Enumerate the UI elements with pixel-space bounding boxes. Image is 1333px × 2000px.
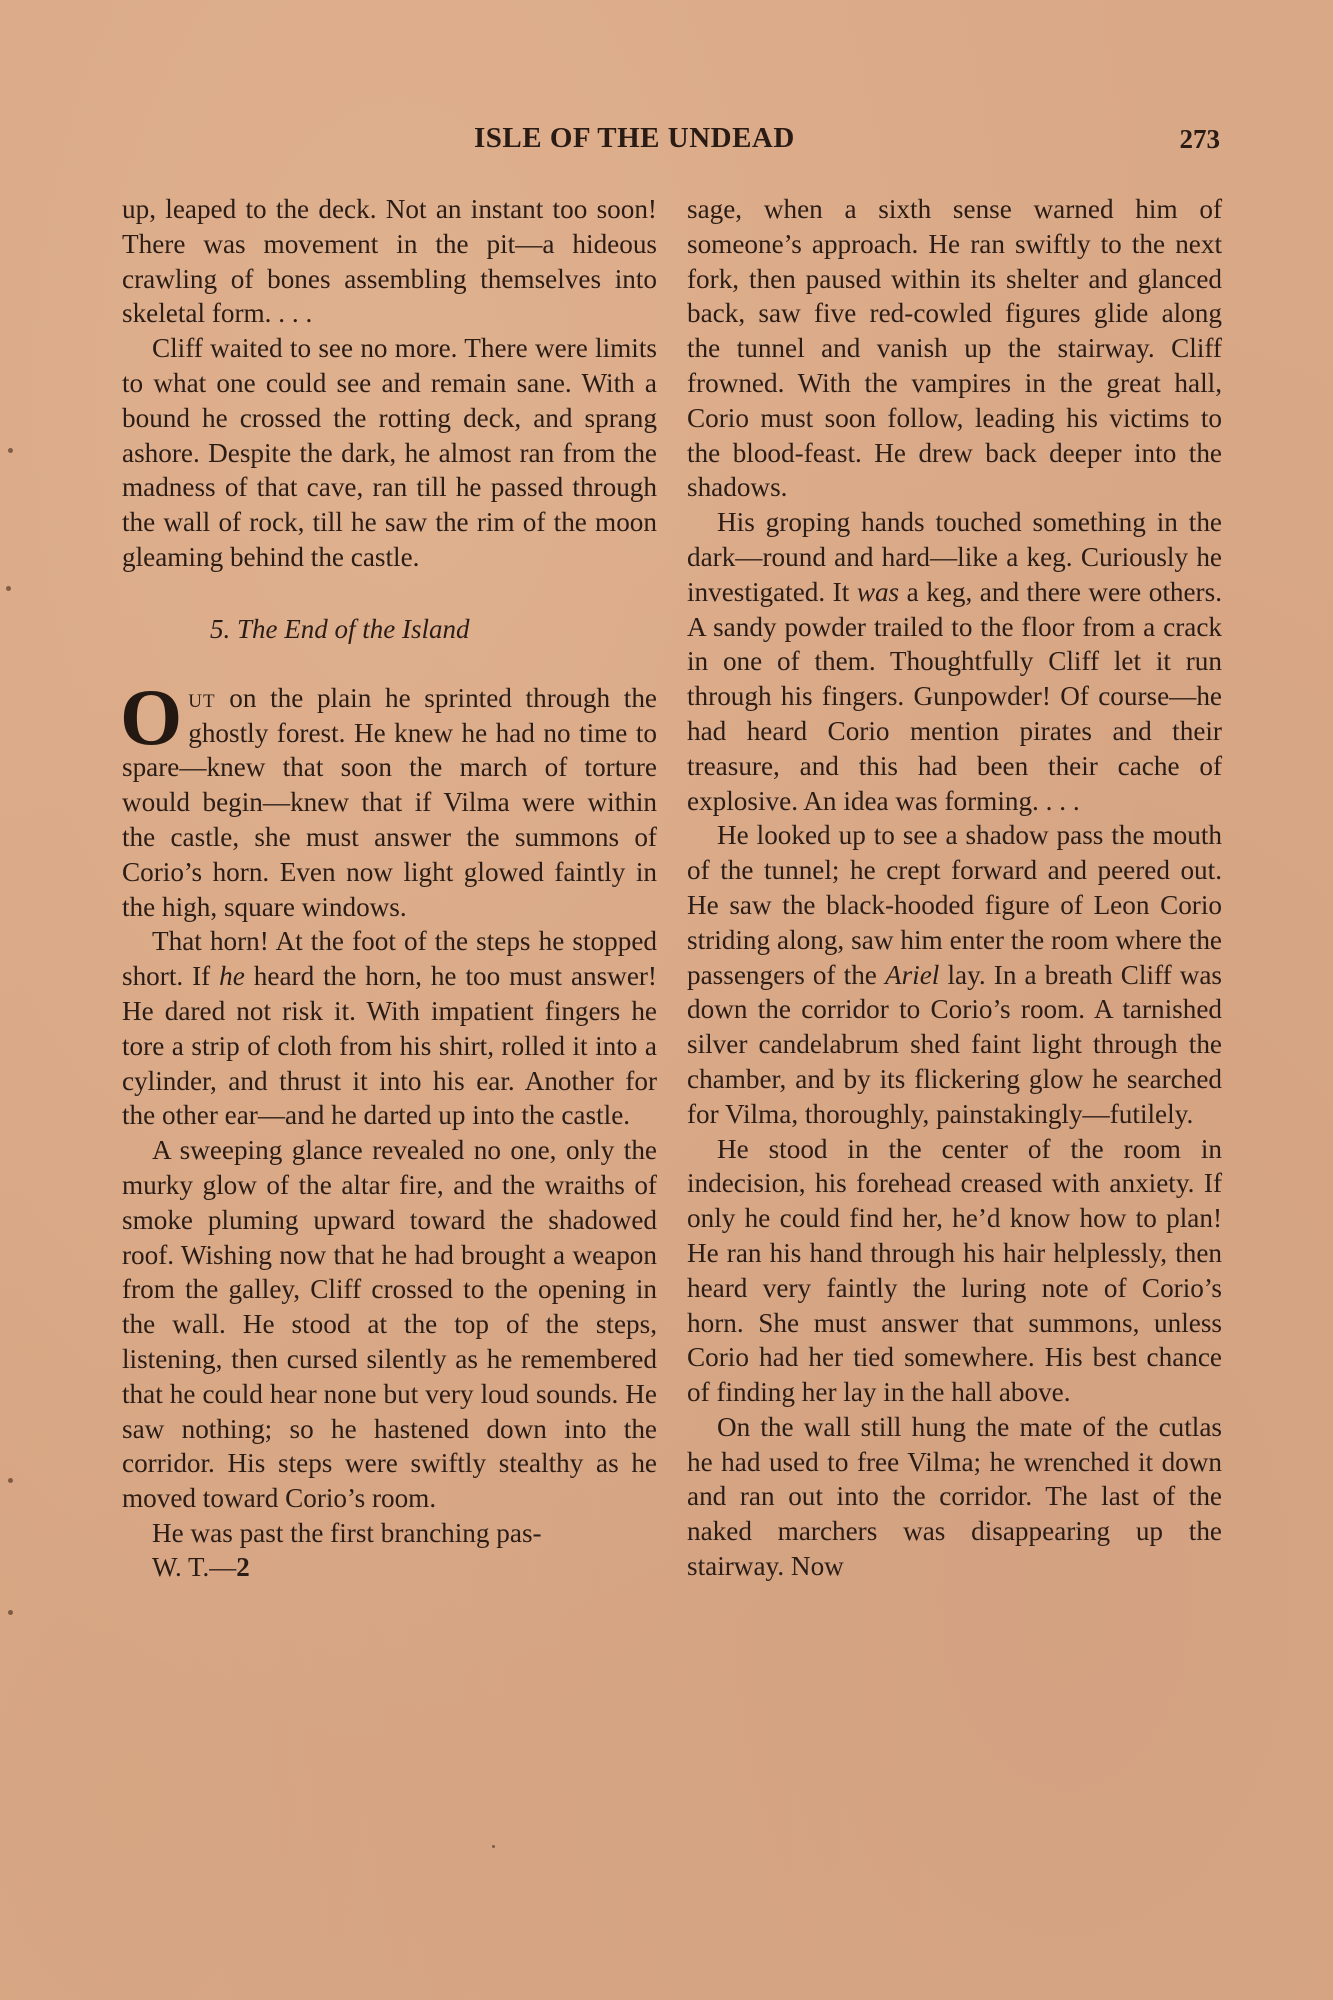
paragraph: sage, when a sixth sense warned him of s… xyxy=(687,192,1222,505)
running-head: ISLE OF THE UNDEAD 273 xyxy=(122,118,1220,164)
signature-prefix: W. T.— xyxy=(152,1552,236,1582)
section-heading: 5. The End of the Island xyxy=(122,612,657,646)
paragraph: That horn! At the foot of the steps he s… xyxy=(122,924,657,1133)
paragraph-text: on the plain he sprinted through the gho… xyxy=(122,683,657,922)
book-page: ISLE OF THE UNDEAD 273 up, leaped to the… xyxy=(122,118,1220,164)
paper-speck xyxy=(8,448,13,453)
paper-speck xyxy=(8,1478,13,1483)
paragraph: On the wall still hung the mate of the c… xyxy=(687,1410,1222,1584)
signature-mark: W. T.—2 xyxy=(122,1551,657,1583)
paragraph-with-drop-cap: Out on the plain he sprinted through the… xyxy=(122,681,657,925)
paper-speck xyxy=(8,1610,13,1615)
paragraph: A sweeping glance revealed no one, only … xyxy=(122,1133,657,1516)
right-column: sage, when a sixth sense warned him of s… xyxy=(687,192,1222,1584)
ship-name-emphasis: Ariel xyxy=(885,960,939,990)
paper-speck xyxy=(6,586,11,591)
left-column: up, leaped to the deck. Not an instant t… xyxy=(122,192,657,1583)
paragraph: up, leaped to the deck. Not an instant t… xyxy=(122,192,657,331)
small-caps-lead: ut xyxy=(188,683,215,713)
paragraph: He looked up to see a shadow pass the mo… xyxy=(687,818,1222,1131)
paragraph-text: a keg, and there were others. A sandy po… xyxy=(687,577,1222,816)
drop-cap: O xyxy=(120,687,182,749)
page-number: 273 xyxy=(1180,124,1221,155)
paragraph: Cliff waited to see no more. There were … xyxy=(122,331,657,575)
emphasis: he xyxy=(219,961,245,991)
emphasis: was xyxy=(857,577,899,607)
paragraph: His groping hands touched something in t… xyxy=(687,505,1222,818)
paper-speck xyxy=(492,1845,495,1848)
signature-number: 2 xyxy=(236,1552,250,1582)
paragraph: He was past the first branching pas- xyxy=(122,1516,657,1551)
paragraph: He stood in the center of the room in in… xyxy=(687,1132,1222,1410)
running-title: ISLE OF THE UNDEAD xyxy=(474,122,795,155)
